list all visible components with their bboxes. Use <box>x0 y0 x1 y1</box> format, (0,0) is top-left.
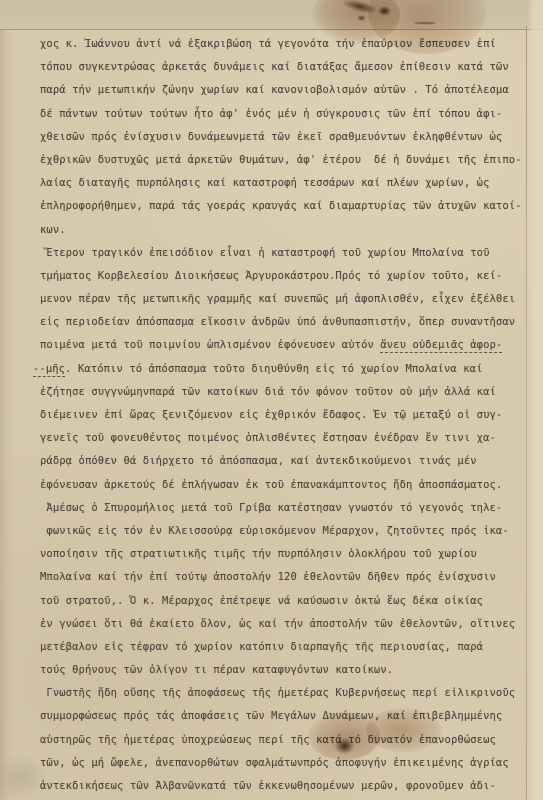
text-line: ράδρᾳ ὁπόθεν θά διήρχετο τό ἀπόσπασμα, κ… <box>40 450 540 473</box>
text-line: τμήματος Κορβελεσίου Διοικήσεως Ἀργυροκά… <box>40 265 540 288</box>
text-line: ποιμένα μετά τοῦ ποιμνίου ὡπλισμένον ἐφό… <box>40 334 540 357</box>
text-line: φωνικῶς εἰς τόν ἐν Κλεισσούρᾳ εὑρισκόμεν… <box>40 520 540 543</box>
ink-stain-top-dark-spot <box>378 6 391 16</box>
text-line: ἐζήτησε συγγνώμηνπαρά τῶν κατοίκων διά τ… <box>40 381 540 404</box>
text-line: γενεῖς τοῦ φονευθέντος ποιμένος ὁπλισθέν… <box>40 427 540 450</box>
text-line: ἐν γνώσει ὅτι θά ἐκαίετο ὅλον, ὡς καί τή… <box>40 613 540 636</box>
text-line: νοποίησιν τῆς στρατιωτικῆς τιμῆς τήν πυρ… <box>40 543 540 566</box>
text-line: Γνωστῆς ἤδη οὔσης τῆς ἀποφάσεως τῆς ἡμετ… <box>40 682 540 705</box>
text-line: συμμορφώσεως πρός τάς ἀποφάσεις τῶν Μεγά… <box>40 705 540 728</box>
text-line: μενον πέραν τῆς μετωπικῆς γραμμῆς καί συ… <box>40 288 540 311</box>
text-line: εἰς περιοδείαν ἀπόσπασμα εἴκοσιν ἀνδρῶν … <box>40 311 540 334</box>
text-line: τοῦ στρατοῦ,. Ὁ κ. Μέραρχος ἐπέτρεψε νά … <box>40 590 540 613</box>
text-line: Μπολαίνα καί τήν ἐπί τούτῳ ἀποστολήν 120… <box>40 566 540 589</box>
text-line: δέ πάντων τούτων τούτων ἦτο ἀφ' ἑνός μέν… <box>40 103 540 126</box>
text-line: διέμεινεν ἐπί ὥρας ξενιζόμενον εἰς ἐχθρι… <box>40 404 540 427</box>
text-line: τόπου συγκεντρώσας ἀρκετάς δυνάμεις καί … <box>40 56 540 79</box>
text-line: Ἀμέσως ὁ Σπυρομήλιος μετά τοῦ Γρίβα κατέ… <box>40 497 540 520</box>
document-lines: χος κ. Ἰωάννου ἀντί νά ἐξακριβώση τά γεγ… <box>40 33 540 798</box>
text-line: λαίας διαταγῆς πυρπόλησις καί καταστροφή… <box>40 172 540 195</box>
text-line: παρά τήν μετωπικήν ζώνην χωρίων καί κανο… <box>40 79 540 102</box>
pencil-mark <box>414 21 436 25</box>
underlined-text: --μῆς <box>33 363 65 377</box>
text-line: ἐπληροφορήθημεν, παρά τάς γοεράς κραυγάς… <box>40 195 540 218</box>
text-line: αὐστηρῶς τῆς ἡμετέρας ὑποχρεώσεως περί τ… <box>40 729 540 752</box>
text-line: τούς θρήνους τῶν ὀλίγον τι πέραν καταφυγ… <box>40 659 540 682</box>
text-line: Ἕτερον τραγικόν ἐπεισόδιον εἶναι ἡ κατασ… <box>40 242 540 265</box>
text-line: χθεισῶν πρός ἐνίσχυσιν δυνάμεωνμετά τῶν … <box>40 126 540 149</box>
text-line: τῶν, ὡς μή ὤφελε, ἀνεπανορθώτων σφαλμάτω… <box>40 752 540 775</box>
text-line: ἐφόνευσαν ἀρκετούς δέ ἐπλήγωσαν ἐκ τοῦ ἐ… <box>40 474 540 497</box>
text-line: μετέβαλον εἰς τέφραν τό χωρίον κατόπιν δ… <box>40 636 540 659</box>
text-line: ἐχθρικῶν δυστυχῶς μετά ἀρκετῶν θυμάτων, … <box>40 149 540 172</box>
text-line: --μῆς. Κατόπιν τό ἀπόσπασμα τοῦτο διηυθύ… <box>33 358 540 381</box>
scanned-document-page: χος κ. Ἰωάννου ἀντί νά ἐξακριβώση τά γεγ… <box>0 0 543 800</box>
text-line: κων. <box>40 219 540 242</box>
ink-stain-top-dark-spot <box>357 15 366 21</box>
ink-stain-bottom-right-blob <box>366 708 442 752</box>
text-line: ἀντεκδικήσεως τῶν Ἀλβανῶνκατά τῶν ἐκκενω… <box>40 775 540 798</box>
ink-stain-bottom-dark-core <box>335 738 354 754</box>
underlined-text: ἄνευ οὐδεμιᾶς ἀφορ- <box>380 339 502 353</box>
